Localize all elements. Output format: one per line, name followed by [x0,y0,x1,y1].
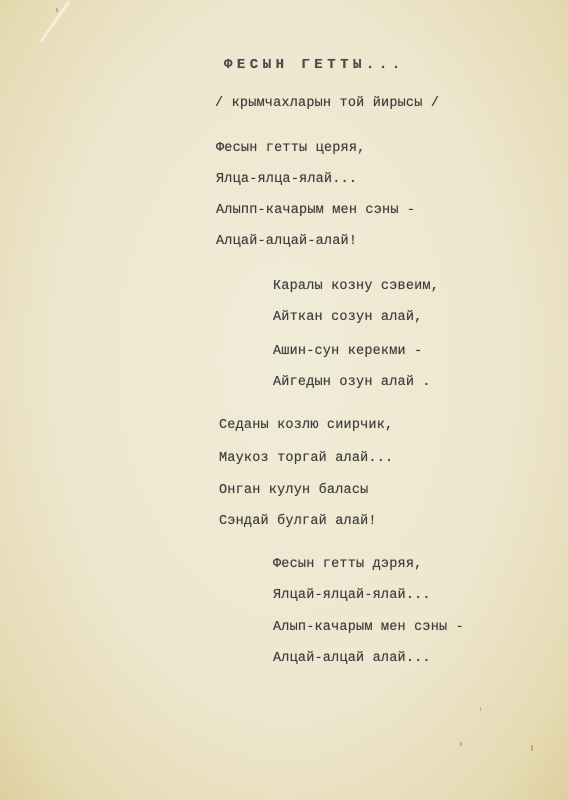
typewritten-page: ФЕСЫН ГЕТТЫ... / крымчахларын той йирысы… [0,0,568,800]
poem-subtitle: / крымчахларын той йирысы / [215,96,439,111]
stanza-1-line-4: Алцай-алцай-алай! [216,234,357,249]
stanza-4-line-4: Алцай-алцай алай... [273,651,431,666]
paper-spot [56,8,58,12]
paper-spot [460,742,462,746]
stanza-2-line-2: Айткан созун алай, [273,310,422,325]
stanza-1-line-3: Алыпп-качарым мен сэны - [216,203,415,218]
paper-crease [39,0,70,43]
stanza-1-line-1: Фесын гетты церяя, [216,141,365,156]
stanza-4-line-3: Алып-качарым мен сэны - [273,620,464,635]
poem-title: ФЕСЫН ГЕТТЫ... [224,57,405,73]
stanza-3-line-2: Маукоз торгай алай... [219,451,393,466]
paper-spot [531,745,533,751]
stanza-2-line-4: Айгедын озун алай . [273,375,431,390]
stanza-4-line-1: Фесын гетты дэряя, [273,557,422,572]
stanza-2-line-3: Ашин-сун керекми - [273,344,422,359]
stanza-4-line-2: Ялцай-ялцай-ялай... [273,588,431,603]
stanza-3-line-3: Онган кулун баласы [219,483,368,498]
stanza-2-line-1: Каралы козну сэвеим, [273,279,439,294]
paper-spot [480,707,481,711]
stanza-3-line-1: Седаны козлю сиирчик, [219,418,393,433]
stanza-3-line-4: Сэндай булгай алай! [219,514,377,529]
stanza-1-line-2: Ялца-ялца-ялай... [216,172,357,187]
